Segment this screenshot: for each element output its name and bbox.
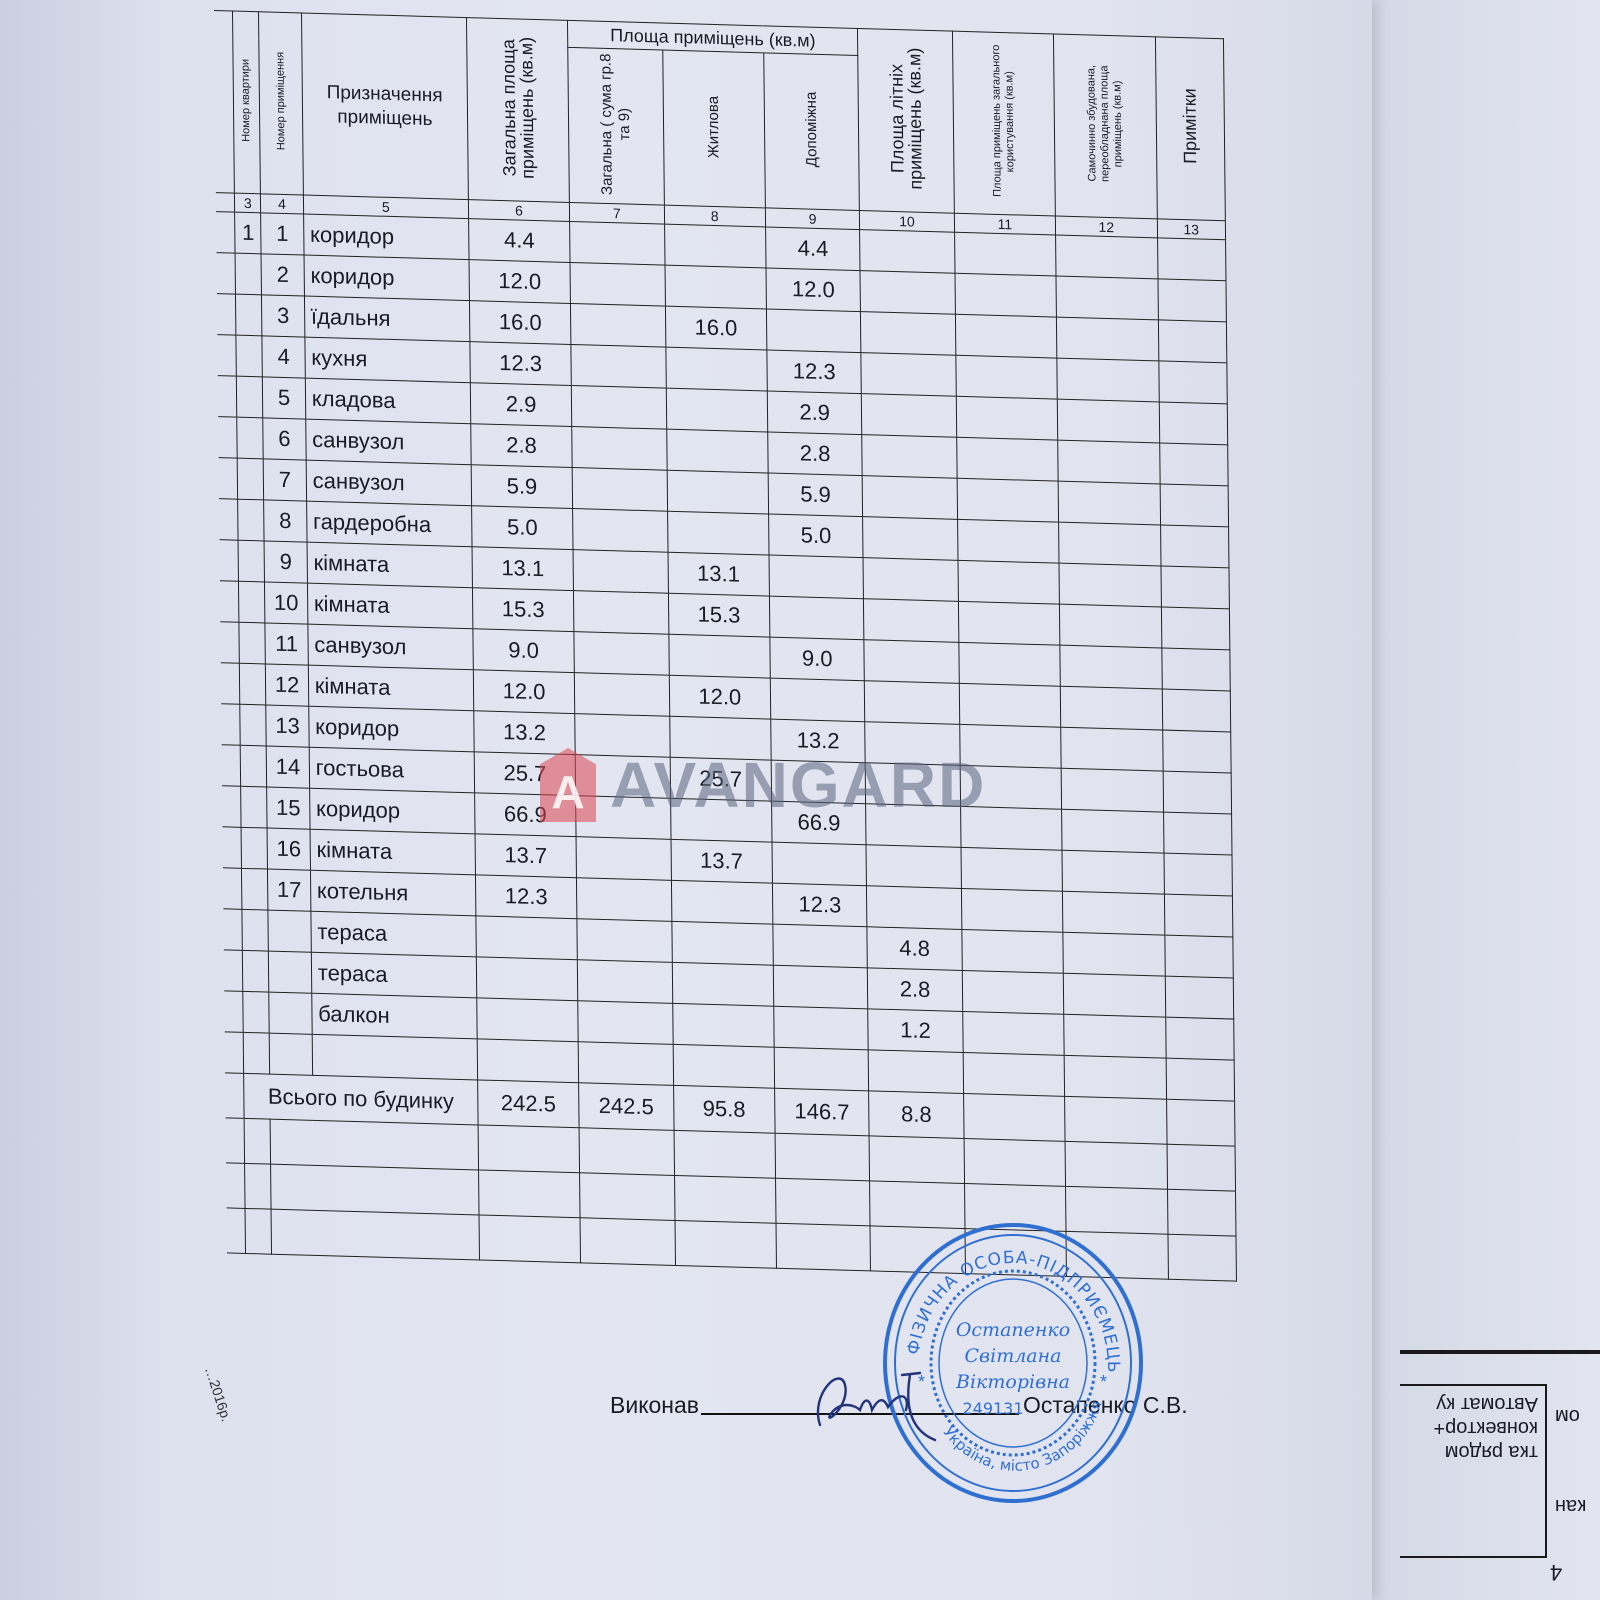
margin-cell xyxy=(222,745,241,787)
margin-cell xyxy=(216,212,235,254)
title-block-fragment: кан xyxy=(1555,1494,1586,1517)
header-sum-area: Загальна ( сума гр.8 та 9) xyxy=(568,47,664,205)
summer-area xyxy=(863,517,958,561)
apartment-number xyxy=(241,827,267,869)
summer-area xyxy=(869,1050,964,1094)
apartment-number xyxy=(235,253,261,295)
auxiliary-area: 2.9 xyxy=(767,391,862,435)
notes xyxy=(1166,1058,1235,1101)
common-area xyxy=(959,724,1061,768)
living-area: 15.3 xyxy=(668,593,770,637)
common-area xyxy=(956,396,1058,440)
living-area: 12.0 xyxy=(669,675,771,719)
header-total-area: Загальна площа приміщень (кв.м) xyxy=(466,18,569,203)
sum-area xyxy=(575,755,670,799)
room-number: 3 xyxy=(262,295,305,337)
notes xyxy=(1163,812,1232,855)
header-notes: Примітки xyxy=(1155,37,1225,221)
title-block-fragment: ом xyxy=(1555,1404,1580,1427)
room-number xyxy=(269,992,312,1034)
apartment-number xyxy=(238,458,264,500)
summer-area xyxy=(860,271,955,315)
title-block-cell: тка рядом конвектор+ Автомат ку xyxy=(1400,1384,1547,1558)
margin-cell xyxy=(220,622,239,664)
margin-cell xyxy=(224,991,243,1033)
summer-area xyxy=(862,435,957,479)
auxiliary-area xyxy=(769,596,864,640)
sum-area xyxy=(578,960,673,1004)
unauthorized-area xyxy=(1062,850,1164,894)
note-line: конвектор+ xyxy=(1408,1416,1538,1440)
notes xyxy=(1161,566,1230,609)
notes xyxy=(1162,730,1231,773)
room-area-table-wrapper: Номер квартири Номер приміщення Призначе… xyxy=(214,10,1237,1282)
unauthorized-area xyxy=(1063,973,1165,1017)
notes xyxy=(1160,525,1229,568)
common-area xyxy=(955,314,1057,358)
room-purpose: тераса xyxy=(311,952,477,998)
auxiliary-area xyxy=(766,309,861,353)
room-purpose: коридор xyxy=(304,255,470,301)
margin-cell xyxy=(220,581,239,623)
summer-area xyxy=(867,886,962,930)
margin-cell xyxy=(223,868,242,910)
total-area: 25.7 xyxy=(474,752,576,796)
header-room-purpose: Призначення приміщень xyxy=(301,13,468,200)
unauthorized-area xyxy=(1063,932,1165,976)
room-purpose: кімната xyxy=(307,542,473,588)
room-purpose xyxy=(312,1034,478,1080)
common-area xyxy=(957,478,1059,522)
summer-area: 2.8 xyxy=(868,968,963,1012)
notes xyxy=(1158,361,1227,404)
room-number: 17 xyxy=(268,869,311,911)
unauthorized-area xyxy=(1063,891,1165,935)
margin-cell xyxy=(222,786,241,828)
total-area xyxy=(477,1039,579,1083)
sum-area xyxy=(574,591,669,635)
living-area: 13.7 xyxy=(671,839,773,883)
living-area xyxy=(668,634,770,678)
column-number: 7 xyxy=(570,202,665,224)
room-purpose: кімната xyxy=(310,829,476,875)
header-unauthorized-area: Самочинно збудована, переобладнана площа… xyxy=(1054,34,1157,219)
sum-area xyxy=(571,303,666,347)
notes xyxy=(1159,402,1228,445)
room-purpose: коридор xyxy=(303,214,469,260)
total-area: 2.9 xyxy=(470,383,572,427)
sum-area xyxy=(576,837,671,881)
margin-cell xyxy=(224,950,243,992)
room-purpose: гостьова xyxy=(309,747,475,793)
apartment-number: 1 xyxy=(235,212,261,254)
total-area-value: 242.5 xyxy=(477,1080,579,1128)
notes xyxy=(1164,935,1233,978)
apartment-number xyxy=(236,335,262,377)
total-area: 13.1 xyxy=(472,547,574,591)
room-purpose: коридор xyxy=(309,788,475,834)
total-area: 13.2 xyxy=(474,711,576,755)
room-number: 11 xyxy=(265,623,308,665)
header-common-area: Площа приміщень загального користування … xyxy=(952,31,1055,216)
sum-area xyxy=(571,344,666,388)
unauthorized-area xyxy=(1057,358,1159,402)
auxiliary-area: 13.2 xyxy=(771,719,866,763)
margin-cell xyxy=(223,909,242,951)
apartment-number xyxy=(236,294,262,336)
auxiliary-area xyxy=(773,924,868,968)
summer-area: 1.2 xyxy=(868,1009,963,1053)
sum-area xyxy=(577,878,672,922)
living-area: 25.7 xyxy=(670,757,772,801)
living-area xyxy=(666,388,768,432)
margin-cell xyxy=(217,294,236,336)
sum-area xyxy=(578,1001,673,1045)
column-number: 10 xyxy=(860,211,955,233)
common-area xyxy=(959,642,1061,686)
room-number: 13 xyxy=(266,705,309,747)
apartment-number xyxy=(240,704,266,746)
header-auxiliary-area: Допоміжна xyxy=(764,53,860,211)
auxiliary-area: 12.3 xyxy=(772,883,867,927)
unauthorized-area xyxy=(1056,235,1158,279)
unauthorized-area xyxy=(1057,317,1159,361)
unauthorized-area xyxy=(1058,481,1160,525)
room-number: 6 xyxy=(263,418,306,460)
column-number: 13 xyxy=(1157,219,1226,240)
notes xyxy=(1165,1017,1234,1060)
margin-cell xyxy=(225,1032,244,1074)
common-area xyxy=(961,888,1063,932)
notes xyxy=(1157,238,1226,281)
apartment-number xyxy=(239,622,265,664)
total-auxiliary-value: 146.7 xyxy=(775,1088,870,1136)
signer-name: Остапенко С.В. xyxy=(1023,1392,1188,1419)
unauthorized-area xyxy=(1064,1014,1166,1058)
room-number: 7 xyxy=(263,459,306,501)
common-area xyxy=(959,683,1061,727)
sum-area xyxy=(575,714,670,758)
living-area xyxy=(671,880,773,924)
unauthorized-area xyxy=(1060,686,1162,730)
performed-by-label: Виконав xyxy=(610,1392,699,1419)
room-purpose: кладова xyxy=(305,378,471,424)
header-apartment-number: Номер квартири xyxy=(233,11,261,194)
room-number: 14 xyxy=(266,746,309,788)
sum-area xyxy=(572,427,667,471)
room-purpose: їдальня xyxy=(304,296,470,342)
sum-area xyxy=(573,509,668,553)
apartment-number xyxy=(244,1032,270,1074)
room-number xyxy=(268,910,311,952)
living-area: 13.1 xyxy=(668,552,770,596)
handwritten-signature-icon xyxy=(810,1355,960,1445)
unauthorized-area xyxy=(1060,645,1162,689)
notes xyxy=(1161,648,1230,691)
apartment-number xyxy=(242,868,268,910)
room-purpose: кімната xyxy=(307,583,473,629)
room-number: 15 xyxy=(267,787,310,829)
summer-area xyxy=(866,763,961,807)
room-area-table: Номер квартири Номер приміщення Призначе… xyxy=(214,10,1237,1282)
sum-area xyxy=(577,919,672,963)
living-area xyxy=(665,265,767,309)
common-area xyxy=(956,437,1058,481)
total-area: 12.0 xyxy=(473,670,575,714)
room-purpose: коридор xyxy=(309,706,475,752)
auxiliary-area: 66.9 xyxy=(772,801,867,845)
apartment-number xyxy=(238,540,264,582)
total-area: 15.3 xyxy=(472,588,574,632)
living-area xyxy=(664,224,766,268)
total-area xyxy=(476,916,578,960)
unauthorized-area xyxy=(1058,440,1160,484)
auxiliary-area xyxy=(774,1006,869,1050)
header-summer-area: Площа літніх приміщень (кв.м) xyxy=(858,28,954,213)
apartment-number xyxy=(241,745,267,787)
living-area: 16.0 xyxy=(665,306,767,350)
total-area: 5.0 xyxy=(471,506,573,550)
page-number: 4 xyxy=(1550,1559,1562,1585)
room-purpose: санвузол xyxy=(306,419,472,465)
auxiliary-area xyxy=(771,760,866,804)
apartment-number xyxy=(242,909,268,951)
unauthorized-area xyxy=(1057,399,1159,443)
living-area xyxy=(666,429,768,473)
living-area xyxy=(669,716,771,760)
summer-area xyxy=(865,681,960,725)
sum-area xyxy=(572,468,667,512)
living-area xyxy=(667,470,769,514)
auxiliary-area: 12.0 xyxy=(766,268,861,312)
summer-area xyxy=(861,312,956,356)
column-number: 3 xyxy=(235,193,261,213)
room-number: 16 xyxy=(267,828,310,870)
summer-area xyxy=(861,353,956,397)
room-number: 12 xyxy=(266,664,309,706)
unauthorized-area xyxy=(1056,276,1158,320)
room-number: 9 xyxy=(264,541,307,583)
auxiliary-area xyxy=(770,678,865,722)
header-living-area: Житлова xyxy=(662,50,765,208)
total-area: 2.8 xyxy=(471,424,573,468)
living-area xyxy=(671,921,773,965)
common-area xyxy=(955,273,1057,317)
margin-cell xyxy=(218,417,237,459)
sum-area xyxy=(575,673,670,717)
room-purpose: кухня xyxy=(305,337,471,383)
margin-cell xyxy=(219,499,238,541)
common-area xyxy=(954,232,1056,276)
sum-area xyxy=(574,632,669,676)
room-number: 5 xyxy=(263,377,306,419)
notes xyxy=(1165,976,1234,1019)
room-number: 4 xyxy=(262,336,305,378)
auxiliary-area: 5.9 xyxy=(768,473,863,517)
notes xyxy=(1158,279,1227,322)
unauthorized-area xyxy=(1061,727,1163,771)
margin-cell xyxy=(221,704,240,746)
room-purpose: гардеробна xyxy=(306,501,472,547)
sum-area xyxy=(576,796,671,840)
total-living-value: 95.8 xyxy=(673,1085,775,1133)
margin-cell xyxy=(219,458,238,500)
living-area xyxy=(665,347,767,391)
summer-area xyxy=(863,558,958,602)
total-sum-value: 242.5 xyxy=(579,1083,674,1131)
total-area: 5.9 xyxy=(471,465,573,509)
common-area xyxy=(963,1052,1065,1096)
auxiliary-area: 4.4 xyxy=(766,227,861,271)
common-area xyxy=(961,847,1063,891)
apartment-number xyxy=(237,417,263,459)
total-area xyxy=(477,998,579,1042)
common-area xyxy=(958,560,1060,604)
apartment-number xyxy=(237,376,263,418)
room-number xyxy=(269,1033,312,1075)
margin-cell xyxy=(221,663,240,705)
auxiliary-area: 5.0 xyxy=(769,514,864,558)
auxiliary-area xyxy=(773,965,868,1009)
apartment-number xyxy=(241,786,267,828)
total-area: 12.0 xyxy=(469,260,571,304)
room-number: 10 xyxy=(265,582,308,624)
summer-area xyxy=(864,599,959,643)
sum-area xyxy=(573,550,668,594)
sum-area xyxy=(570,221,665,265)
room-number: 8 xyxy=(264,500,307,542)
room-purpose: балкон xyxy=(312,993,478,1039)
auxiliary-area: 2.8 xyxy=(768,432,863,476)
apartment-number xyxy=(238,499,264,541)
auxiliary-area xyxy=(774,1047,869,1091)
sum-area xyxy=(570,262,665,306)
total-area: 4.4 xyxy=(468,219,570,263)
upside-down-note: тка рядом конвектор+ Автомат ку xyxy=(1408,1392,1538,1464)
total-area: 12.3 xyxy=(475,875,577,919)
column-number: 4 xyxy=(261,194,304,214)
room-purpose: котельня xyxy=(310,870,476,916)
total-area: 66.9 xyxy=(474,793,576,837)
notes xyxy=(1159,443,1228,486)
common-area xyxy=(962,970,1064,1014)
common-area xyxy=(960,806,1062,850)
room-number: 1 xyxy=(261,213,304,255)
unauthorized-area xyxy=(1059,563,1161,607)
room-purpose: тераса xyxy=(311,911,477,957)
room-number: 2 xyxy=(261,254,304,296)
total-area xyxy=(476,957,578,1001)
summer-area xyxy=(863,476,958,520)
common-area xyxy=(962,1011,1064,1055)
notes xyxy=(1163,771,1232,814)
living-area xyxy=(667,511,769,555)
summer-area xyxy=(866,845,961,889)
apartment-number xyxy=(243,950,269,992)
summer-area xyxy=(865,722,960,766)
notes xyxy=(1164,894,1233,937)
summer-area xyxy=(866,804,961,848)
total-summer-value: 8.8 xyxy=(869,1091,964,1139)
sum-area xyxy=(572,386,667,430)
note-line: Автомат ку xyxy=(1408,1392,1538,1416)
margin-cell xyxy=(217,253,236,295)
margin-cell xyxy=(220,540,239,582)
apartment-number xyxy=(239,581,265,623)
common-area xyxy=(960,765,1062,809)
room-purpose: кімната xyxy=(308,665,474,711)
unauthorized-area xyxy=(1061,768,1163,812)
column-number: 9 xyxy=(765,208,860,230)
common-area xyxy=(958,601,1060,645)
margin-cell xyxy=(218,376,237,418)
common-area xyxy=(957,519,1059,563)
notes xyxy=(1162,689,1231,732)
auxiliary-area: 9.0 xyxy=(770,637,865,681)
notes xyxy=(1161,607,1230,650)
living-area xyxy=(672,962,774,1006)
living-area xyxy=(672,1003,774,1047)
living-area xyxy=(670,798,772,842)
summer-area xyxy=(862,394,957,438)
summer-area xyxy=(864,640,959,684)
room-number xyxy=(269,951,312,993)
auxiliary-area: 12.3 xyxy=(767,350,862,394)
notes xyxy=(1158,320,1227,363)
unauthorized-area xyxy=(1064,1055,1166,1099)
room-purpose: санвузол xyxy=(308,624,474,670)
summer-area xyxy=(860,230,955,274)
total-area: 12.3 xyxy=(470,342,572,386)
margin-cell xyxy=(223,827,242,869)
adjacent-page-title-block: тка рядом конвектор+ Автомат ку ом кан 4 xyxy=(1400,1350,1600,1594)
unauthorized-area xyxy=(1060,604,1162,648)
auxiliary-area xyxy=(769,555,864,599)
header-room-number: Номер приміщення xyxy=(259,12,303,195)
apartment-number xyxy=(243,991,269,1033)
notes xyxy=(1160,484,1229,527)
room-purpose: санвузол xyxy=(306,460,472,506)
total-area: 16.0 xyxy=(469,301,571,345)
total-area: 9.0 xyxy=(473,629,575,673)
summer-area: 4.8 xyxy=(867,927,962,971)
common-area xyxy=(962,929,1064,973)
living-area xyxy=(673,1044,775,1088)
notes xyxy=(1164,853,1233,896)
margin-cell xyxy=(217,335,236,377)
common-area xyxy=(956,355,1058,399)
sum-area xyxy=(578,1042,673,1086)
note-line: тка рядом xyxy=(1408,1440,1538,1464)
auxiliary-area xyxy=(772,842,867,886)
unauthorized-area xyxy=(1062,809,1164,853)
total-label: Всього по будинку xyxy=(244,1073,478,1125)
apartment-number xyxy=(240,663,266,705)
total-area: 13.7 xyxy=(475,834,577,878)
unauthorized-area xyxy=(1059,522,1161,566)
